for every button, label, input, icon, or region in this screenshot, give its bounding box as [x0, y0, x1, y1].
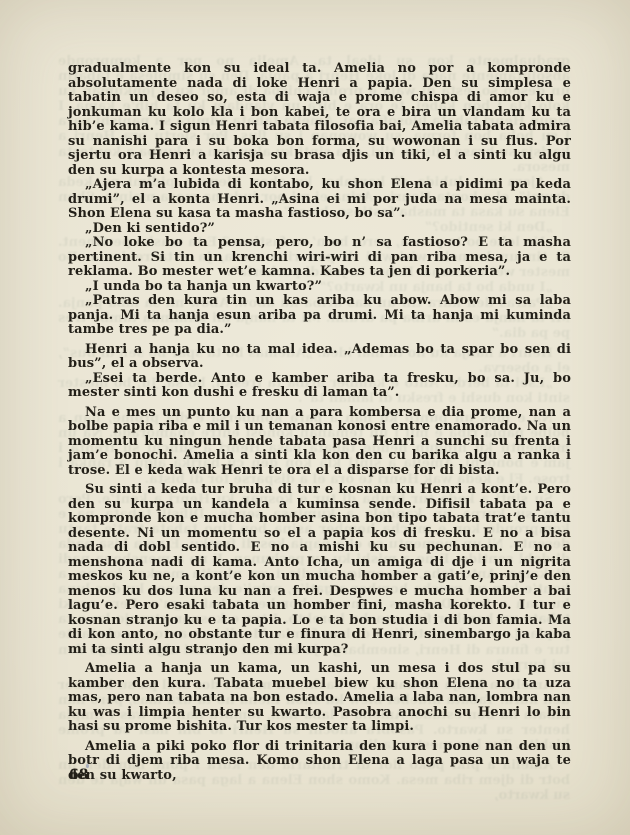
page-text: gradualmente kon su ideal ta. Amelia no … — [68, 62, 571, 783]
paragraph: Na e mes un punto ku nan a para kombersa… — [68, 406, 571, 479]
paragraph: Su sinti a keda tur bruha di tur e kosna… — [68, 483, 571, 657]
paragraph: „No loke bo ta pensa, pero, bo n’ sa fas… — [68, 236, 571, 280]
paragraph: „Ajera m’a lubida di kontabo, ku shon El… — [68, 178, 571, 222]
paragraph: gradualmente kon su ideal ta. Amelia no … — [68, 62, 571, 178]
scan-speck — [86, 764, 89, 768]
paragraph: „Patras den kura tin un kas ariba ku abo… — [68, 294, 571, 338]
paragraph: Amelia a hanja un kama, un kashi, un mes… — [68, 662, 571, 735]
paragraph: Henri a hanja ku no ta mal idea. „Ademas… — [68, 343, 571, 372]
paragraph: Amelia a piki poko flor di trinitaria de… — [68, 740, 571, 784]
book-page: gradualmente kon su ideal ta. Amelia no … — [0, 0, 630, 835]
page-number: 68 — [69, 767, 88, 783]
paragraph: „Esei ta berde. Anto e kamber ariba ta f… — [68, 372, 571, 401]
paragraph: „Den ki sentido?” — [68, 222, 571, 237]
paragraph: „I unda bo ta hanja un kwarto?” — [68, 280, 571, 295]
